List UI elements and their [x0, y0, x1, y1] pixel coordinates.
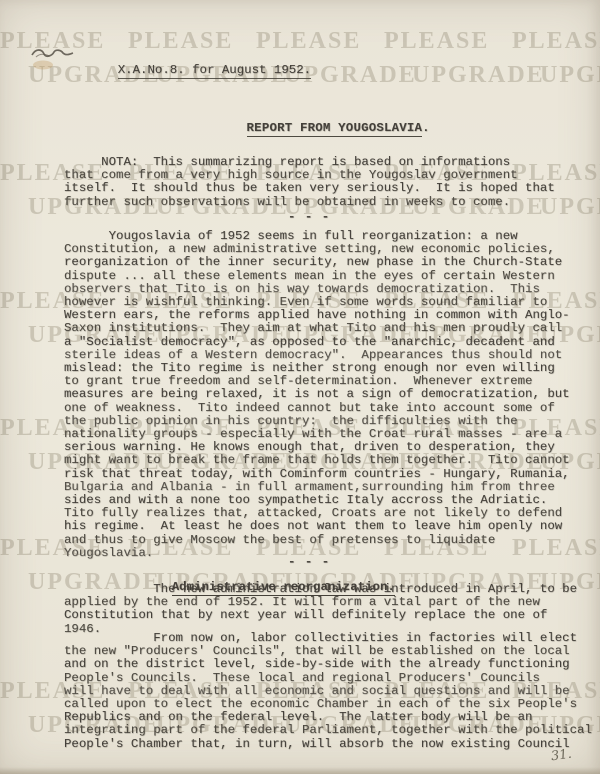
- typed-line: and thus to give Moscow the best of pret…: [64, 534, 570, 547]
- document-reference-text: X.A.No.8. for August 1952.: [118, 63, 311, 79]
- paragraph-admin-law: The new administration law was introduce…: [64, 583, 577, 636]
- typed-line: a "Socialist democracy", as opposed to t…: [64, 336, 570, 349]
- typed-line: People's Chamber that, in turn, will abs…: [64, 738, 592, 751]
- typed-line: Constitution that by next year will defi…: [64, 609, 577, 622]
- document-title-period: .: [422, 121, 430, 135]
- typed-line: his regime. At least he does not want th…: [64, 520, 570, 533]
- handwritten-mark: [28, 40, 90, 74]
- document-title-text: REPORT FROM YOUGOSLAVIA: [247, 121, 423, 137]
- page-number: 31.: [550, 747, 573, 765]
- document-reference: X.A.No.8. for August 1952.: [88, 51, 311, 91]
- document-page: PLEASEPLEASEPLEASEPLEASEPLEASEUPGRADEUPG…: [0, 0, 600, 774]
- watermark-word: PLEASE: [512, 28, 600, 55]
- document-title: REPORT FROM YOUGOSLAVIA.: [216, 109, 430, 149]
- typed-line: one of weakness. Tito indeed cannot but …: [64, 402, 570, 415]
- watermark-word: UPGRADE: [412, 62, 545, 89]
- typed-line: measures are being relaxed, it is not a …: [64, 388, 570, 401]
- nota-paragraph: NOTA: This summarizing report is based o…: [64, 156, 555, 209]
- typed-line: and on the district level, side-by-side …: [64, 658, 592, 671]
- section-divider: - - -: [288, 211, 330, 224]
- typed-line: might want to break the frame that holds…: [64, 454, 570, 467]
- paragraph-producers-councils: From now on, labor collectivities in fac…: [64, 632, 592, 751]
- watermark-word: UPGRADE: [540, 62, 600, 89]
- typed-line: risk that threat today, with Cominform c…: [64, 468, 570, 481]
- typed-line: itself. It should thus be taken very ser…: [64, 182, 555, 195]
- typed-line: People's Councils. These local and regio…: [64, 672, 592, 685]
- typed-line: integrating part of the federal Parliame…: [64, 724, 592, 737]
- typed-line: further such observations will be obtain…: [64, 196, 555, 209]
- typed-line: reorganization of the inner security, ne…: [64, 256, 570, 269]
- typed-line: dispute ... all these elements mean in t…: [64, 270, 570, 283]
- paragraph-overview: Yougoslavia of 1952 seems in full reorga…: [64, 230, 570, 560]
- watermark-word: PLEASE: [384, 28, 489, 55]
- typed-line: Saxon institutions. They aim at what Tit…: [64, 322, 570, 335]
